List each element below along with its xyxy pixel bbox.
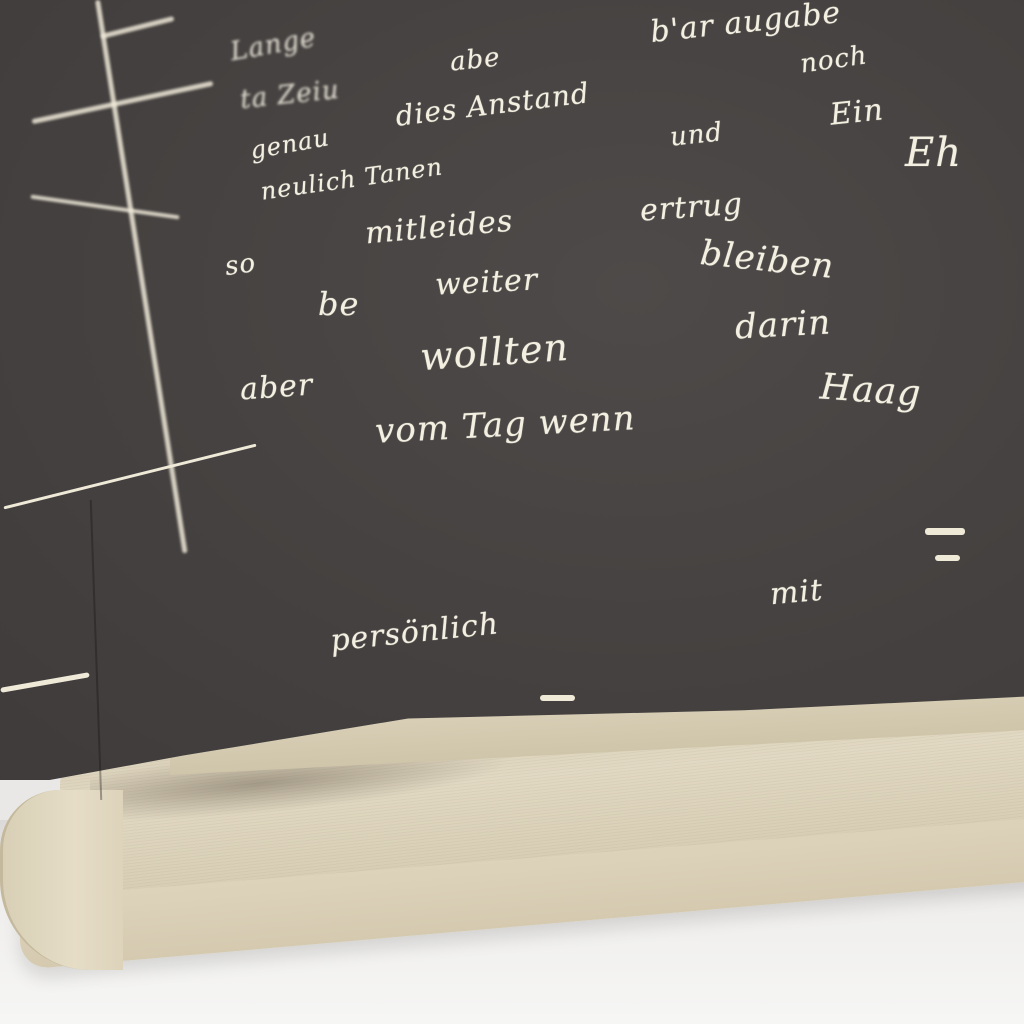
handwriting-line: be [318,285,359,323]
handwriting-line: und [669,117,725,152]
handwriting-line: weiter [434,262,539,302]
handwriting-line: mit [769,573,825,612]
handwriting-line: so [223,248,258,282]
book-photo: b'ar augabe Lange abe noch ta Zeiu dies … [0,0,1024,1024]
handwriting-line: ertrug [639,186,744,228]
handwriting-line: aber [239,367,314,407]
dash-mark [925,528,965,535]
dash-mark [935,555,960,561]
handwriting-line: darin [734,303,832,348]
handwriting-line: Ein [828,92,885,132]
handwriting-line: Eh [905,130,962,176]
handwriting-line: abe [449,42,502,77]
handwriting-line: Haag [819,367,923,415]
dash-mark [540,695,575,701]
